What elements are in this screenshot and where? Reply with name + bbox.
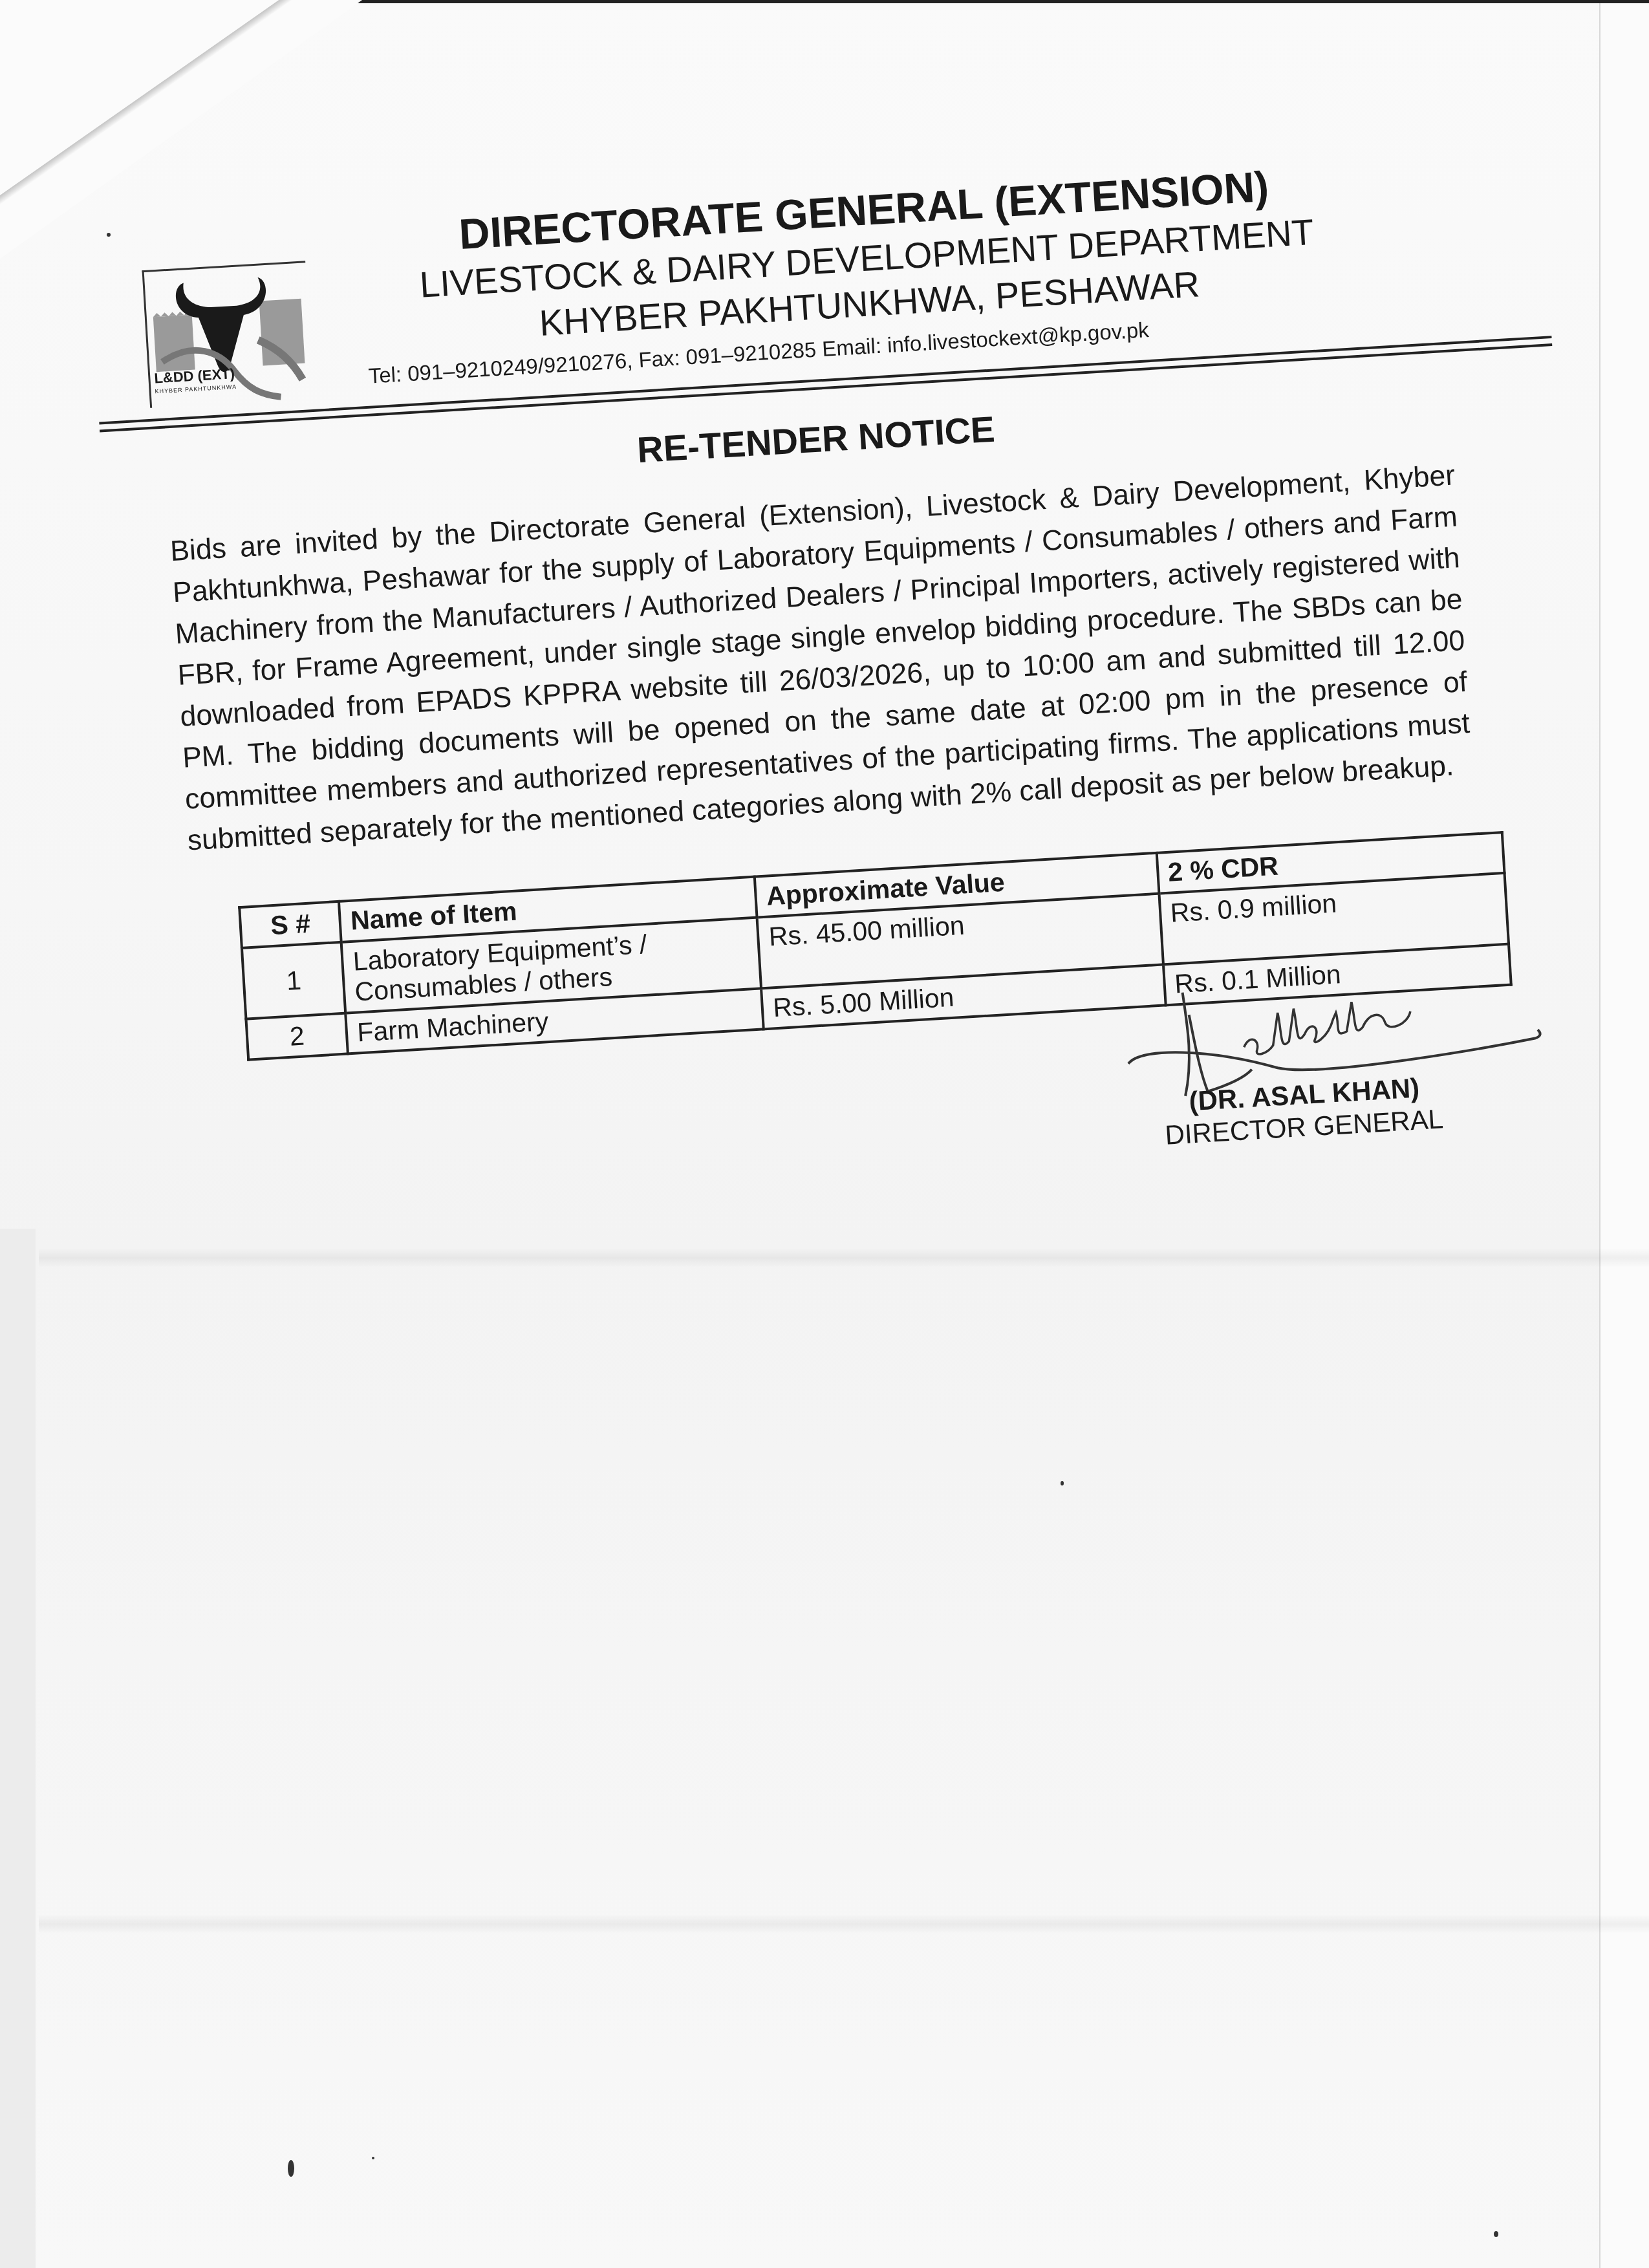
page-edge bbox=[0, 1229, 36, 2268]
scanned-page: L&DD (EXT) KHYBER PAKHTUNKHWA DIRECTORAT… bbox=[0, 0, 1649, 2268]
notice-body: Bids are invited by the Directorate Gene… bbox=[169, 455, 1474, 861]
scan-speck bbox=[1494, 2231, 1498, 2237]
scan-speck bbox=[1061, 1481, 1064, 1485]
scan-speck bbox=[107, 233, 111, 237]
signature-block: (DR. ASAL KHAN) DIRECTOR GENERAL bbox=[1111, 967, 1573, 1161]
scan-speck bbox=[372, 2157, 374, 2159]
header-serial: S # bbox=[239, 902, 341, 948]
notice-content: L&DD (EXT) KHYBER PAKHTUNKHWA DIRECTORAT… bbox=[0, 0, 1649, 1342]
fold-crease bbox=[39, 1914, 1649, 1934]
scan-speck bbox=[288, 2160, 294, 2177]
department-logo: L&DD (EXT) KHYBER PAKHTUNKHWA bbox=[142, 261, 314, 408]
cell-serial: 1 bbox=[242, 942, 346, 1019]
cell-serial: 2 bbox=[246, 1013, 348, 1060]
